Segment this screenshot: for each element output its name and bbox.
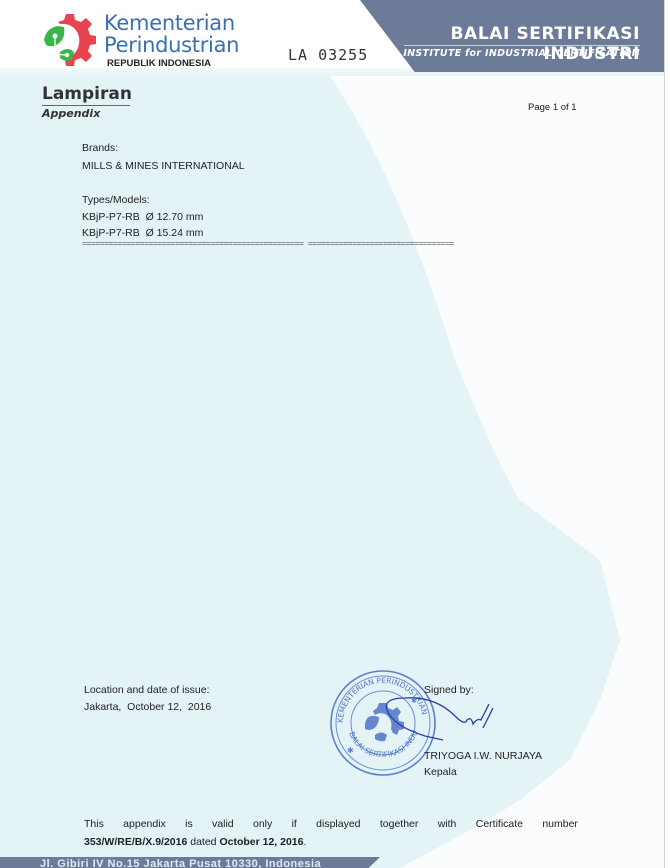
svg-text:✱: ✱ xyxy=(347,746,354,755)
banner-divider xyxy=(404,45,640,46)
dated-label: dated xyxy=(187,836,219,848)
validity-word: valid xyxy=(212,818,234,830)
certificate-number: 353/W/RE/B/X.9/2016 xyxy=(84,836,187,848)
validity-word: only xyxy=(253,818,272,830)
signatory-position: Kepala xyxy=(424,766,457,778)
validity-word: with xyxy=(438,818,457,830)
footer-address: Jl. Gibiri IV No.15 Jakarta Pusat 10330,… xyxy=(40,858,321,868)
brands-value: MILLS & MINES INTERNATIONAL xyxy=(82,160,245,172)
issue-value: Jakarta, October 12, 2016 xyxy=(84,701,211,713)
brands-label: Brands: xyxy=(82,142,118,154)
period: . xyxy=(303,836,306,848)
validity-word: Certificate xyxy=(476,818,523,830)
certificate-appendix-page: Kementerian Perindustrian REPUBLIK INDON… xyxy=(0,0,665,868)
validity-word: appendix xyxy=(123,818,166,830)
validity-word: number xyxy=(542,818,578,830)
ministry-name-line1: Kementerian xyxy=(104,11,235,35)
institute-subtitle: INSTITUTE for INDUSTRIAL CERTIFICATION xyxy=(384,48,640,59)
ministry-name-line2: Perindustrian xyxy=(104,33,239,57)
ministry-gear-logo-icon xyxy=(40,10,100,70)
validity-word: if xyxy=(292,818,297,830)
document-number: LA 03255 xyxy=(288,46,368,64)
model-item: KBjP-P7-RB Ø 15.24 mm xyxy=(82,227,203,239)
validity-word: displayed xyxy=(316,818,360,830)
certificate-date: October 12, 2016 xyxy=(219,836,303,848)
validity-word: together xyxy=(380,818,419,830)
validity-word: is xyxy=(185,818,193,830)
issue-label: Location and date of issue: xyxy=(84,684,210,696)
model-item: KBjP-P7-RB Ø 12.70 mm xyxy=(82,211,203,223)
models-label: Types/Models: xyxy=(82,194,150,206)
ministry-country: REPUBLIK INDONESIA xyxy=(107,58,211,69)
signatory-name: TRIYOGA I.W. NURJAYA xyxy=(424,750,542,762)
validity-statement: This appendix is valid only if displayed… xyxy=(84,818,578,830)
title-divider xyxy=(42,105,130,106)
page-title: Lampiran xyxy=(42,84,132,104)
page-number: Page 1 of 1 xyxy=(528,102,577,113)
signature-icon xyxy=(385,690,505,750)
validity-word: This xyxy=(84,818,104,830)
separator-line: ========================================… xyxy=(82,239,454,249)
validity-certificate-line: 353/W/RE/B/X.9/2016 dated October 12, 20… xyxy=(84,836,306,848)
address-footer: Jl. Gibiri IV No.15 Jakarta Pusat 10330,… xyxy=(0,857,380,868)
page-subtitle: Appendix xyxy=(42,107,100,120)
